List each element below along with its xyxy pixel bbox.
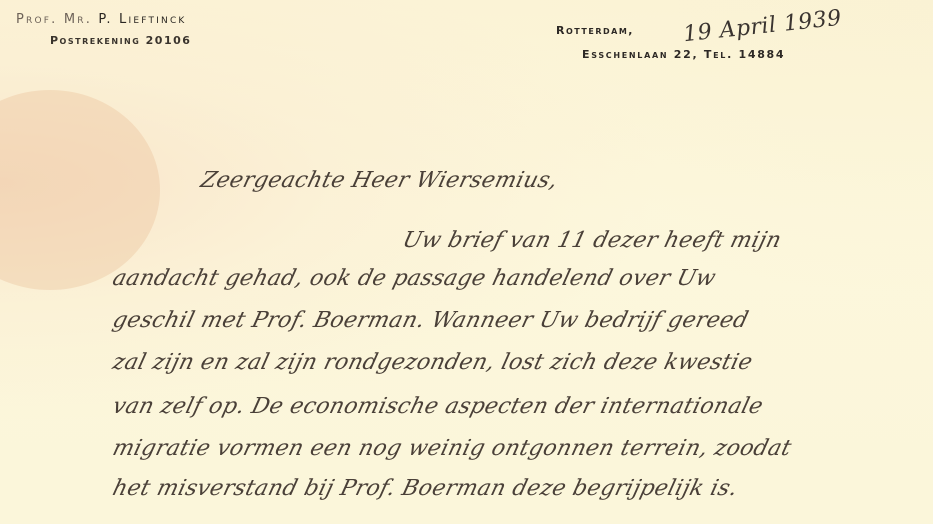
handwritten-date: 19 April 1939 <box>682 6 843 47</box>
letterhead-postrekening: Postrekening 20106 <box>50 34 191 47</box>
sender-prefix: Prof. Mr. <box>16 12 92 27</box>
letter-page: Prof. Mr. P. Lieftinck Postrekening 2010… <box>0 0 933 524</box>
letter-line: aandacht gehad, ook de passage handelend… <box>110 266 718 291</box>
letter-line: zal zijn en zal zijn rondgezonden, lost … <box>110 350 755 375</box>
letterhead-city: Rotterdam, <box>556 24 634 37</box>
letterhead-address: Esschenlaan 22, Tel. 14884 <box>582 48 785 61</box>
sender-name: P. Lieftinck <box>98 12 186 27</box>
letter-line: geschil met Prof. Boerman. Wanneer Uw be… <box>110 308 751 333</box>
letter-line: het misverstand bij Prof. Boerman deze b… <box>110 476 740 501</box>
paper-stain <box>0 90 160 290</box>
letter-line: migratie vormen een nog weinig ontgonnen… <box>110 436 794 461</box>
letter-line: van zelf op. De economische aspecten der… <box>110 394 766 419</box>
letterhead-sender: Prof. Mr. P. Lieftinck <box>16 12 187 27</box>
salutation: Zeergeachte Heer Wiersemius, <box>198 168 560 193</box>
letter-line: Uw brief van 11 dezer heeft mijn <box>400 228 784 253</box>
